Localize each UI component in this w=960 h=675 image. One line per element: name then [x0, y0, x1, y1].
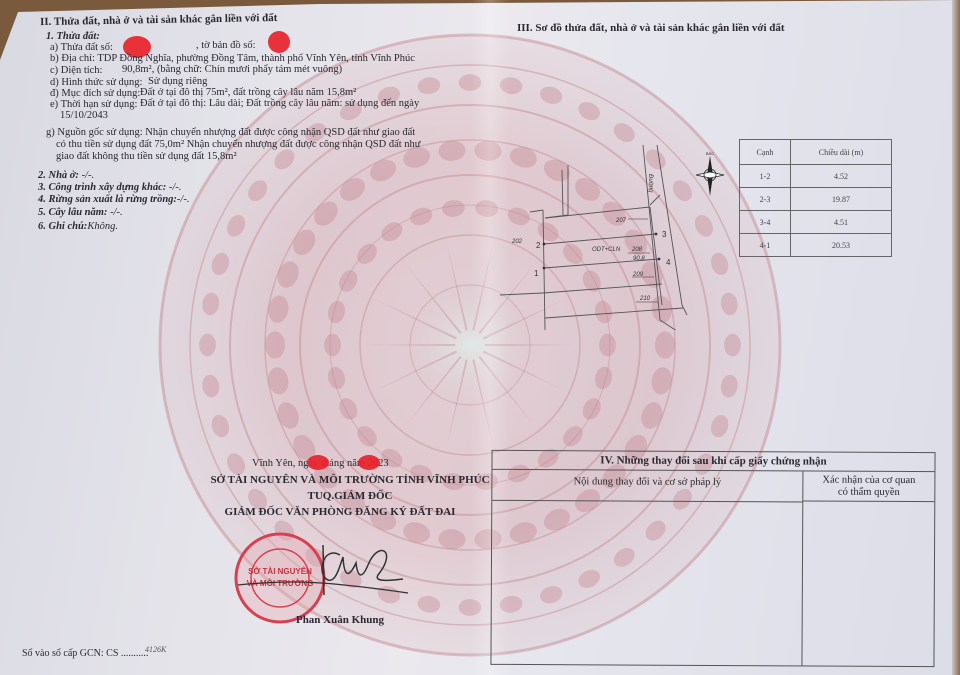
table-row: 2-319.87 — [740, 188, 892, 211]
signer-role-1: TUQ.GIÁM ĐỐC — [200, 490, 500, 502]
svg-text:3: 3 — [662, 230, 667, 239]
origin-line-1: g) Nguồn gốc sử dụng: Nhận chuyển nhượng… — [46, 127, 415, 139]
section4-heading: IV. Những thay đổi sau khi cấp giấy chứn… — [492, 451, 934, 472]
paper-edge — [952, 0, 960, 675]
length-cell: 4.52 — [791, 165, 892, 188]
origin-line-2: có thu tiền sử dụng đất 75,0m² Nhận chuy… — [56, 139, 421, 151]
signer-role-2: GIÁM ĐỐC VĂN PHÒNG ĐĂNG KÝ ĐẤT ĐAI — [190, 506, 490, 518]
changes-table: IV. Những thay đổi sau khi cấp giấy chứn… — [490, 450, 935, 667]
item-house: 2. Nhà ở: -/-. — [38, 170, 94, 182]
map-sheet-label: , tờ bản đồ số: — [196, 40, 256, 52]
registry-number: Số vào sổ cấp GCN: CS ........... — [22, 648, 148, 660]
compass-north-icon: BẮC — [690, 148, 730, 198]
length-cell: 4.51 — [791, 211, 892, 234]
svg-text:2: 2 — [536, 241, 541, 250]
changes-col-content-header: Nội dung thay đổi và cơ sở pháp lý — [492, 470, 802, 503]
changes-column-divider — [801, 501, 803, 665]
item-perennial-trees: 5. Cây lâu năm: -/-. — [38, 207, 123, 219]
edge-cell: 4-1 — [740, 234, 791, 257]
signer-name: Phan Xuân Khung — [285, 614, 395, 626]
svg-text:210: 210 — [639, 296, 651, 302]
item-notes: 6. Ghi chú:Không. — [38, 221, 118, 233]
svg-text:90.8: 90.8 — [633, 256, 645, 262]
svg-text:202: 202 — [511, 239, 523, 245]
usage-term-date: 15/10/2043 — [60, 110, 108, 122]
section3-heading: III. Sơ đồ thửa đất, nhà ở và tài sản kh… — [517, 22, 785, 34]
table-row: 1-24.52 — [740, 165, 892, 188]
dimension-header-edge: Cạnh — [740, 140, 791, 165]
edge-cell: 1-2 — [740, 165, 791, 188]
svg-text:207: 207 — [615, 218, 627, 224]
redacted-map-sheet — [268, 31, 290, 53]
area-label: c) Diện tích: — [50, 65, 102, 77]
length-cell: 20.53 — [791, 234, 892, 257]
agency-name: SỞ TÀI NGUYÊN VÀ MÔI TRƯỜNG TỈNH VĨNH PH… — [200, 474, 500, 486]
svg-text:208: 208 — [631, 247, 643, 253]
svg-text:BẮC: BẮC — [706, 151, 714, 156]
dimension-header-length: Chiều dài (m) — [791, 140, 892, 165]
registry-handwritten: 4126K — [145, 644, 166, 656]
changes-col-confirm-header: Xác nhận của cơ quancó thẩm quyền — [802, 471, 934, 502]
svg-text:Đường: Đường — [647, 174, 653, 193]
table-row: 3-44.51 — [740, 211, 892, 234]
item-production-forest: 4. Rừng sản xuất là rừng trồng:-/-. — [38, 194, 189, 206]
signature-icon — [228, 535, 428, 605]
table-row: 4-120.53 — [740, 234, 892, 257]
redacted-day — [307, 455, 329, 470]
svg-text:ODT+CLN: ODT+CLN — [592, 247, 621, 253]
item-other-construction: 3. Công trình xây dựng khác: -/-. — [38, 182, 181, 194]
edge-cell: 2-3 — [740, 188, 791, 211]
edge-cell: 3-4 — [740, 211, 791, 234]
length-cell: 19.87 — [791, 188, 892, 211]
redacted-month — [358, 455, 380, 470]
area-value: 90,8m², (bằng chữ: Chín mươi phẩy tám mé… — [122, 64, 342, 76]
dimension-table: Cạnh Chiều dài (m) 1-24.52 2-319.87 3-44… — [739, 139, 892, 257]
svg-text:1: 1 — [534, 269, 539, 278]
usage-term-value: Đất ở tại đô thị: Lâu dài; Đất trồng cây… — [140, 98, 419, 110]
origin-line-3: giao đất không thu tiền sử dụng đất 15,8… — [56, 151, 237, 163]
svg-text:4: 4 — [666, 258, 671, 267]
